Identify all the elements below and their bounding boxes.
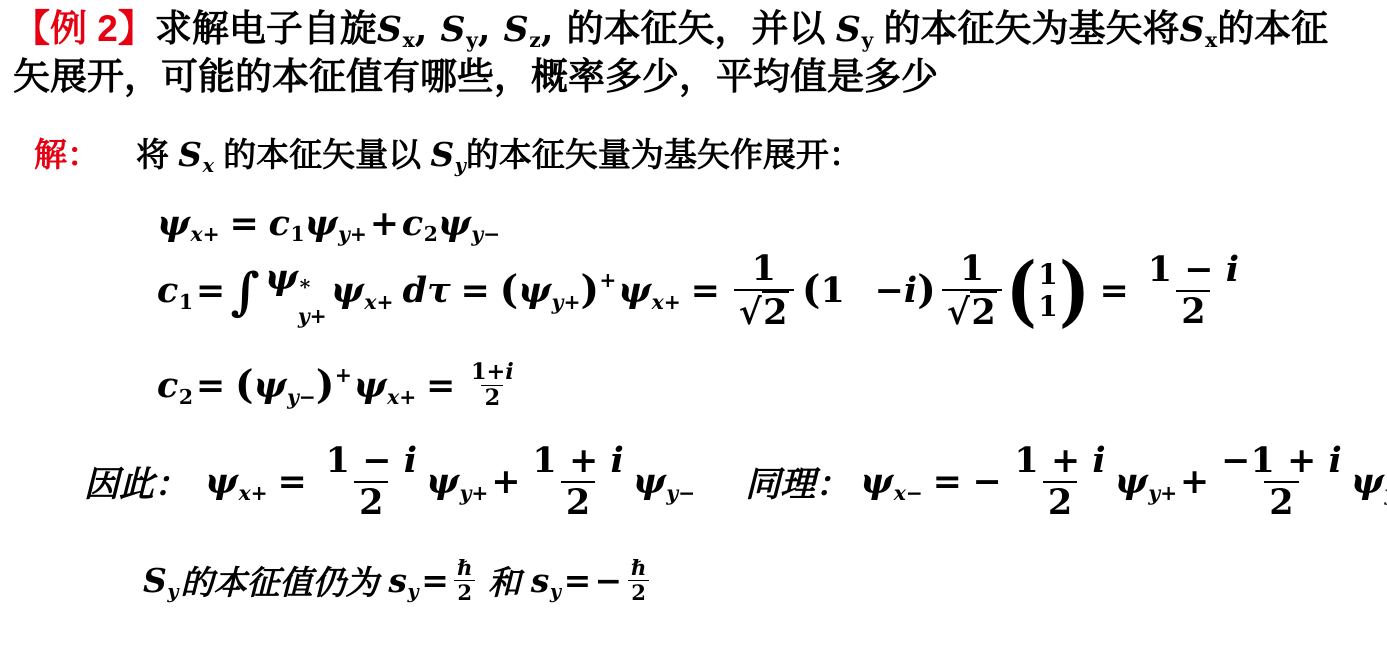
psi-y-plus: ψy+ [1115,461,1177,502]
radicand: 2 [762,291,789,332]
S-hat-y: Sˆy [836,7,873,52]
denominator: 2 [481,385,503,411]
numerator-hbar: ℏ [628,556,649,580]
numerator: 1 + i [528,441,629,481]
i-symbol: i [1329,440,1342,481]
S-hat-x: Sˆx [1179,7,1217,52]
dagger-superscript: + [335,365,352,385]
equation-c1: c1 = ∫ ψ∗y+ ψx+ dτ = ( ψy+ ) + ψx+ = 1√2… [157,249,1248,333]
subscript-y: y [550,580,561,603]
i-symbol: i [1092,440,1105,481]
equals-sign: = [426,365,455,406]
radicand: 2 [970,291,997,332]
subscript-x-plus: x+ [364,290,393,314]
subscript-y-plus: y+ [298,306,327,326]
plus-sign: + [491,461,520,502]
fraction-hbar-over-2: ℏ2 [628,556,649,604]
psi-x-plus: ψx+ [354,365,417,406]
vector-entry-bottom: 1 [1038,291,1057,323]
i-symbol: i [610,440,623,481]
psi-y-plus: ψy+ [518,270,580,311]
fraction-hbar-over-2: ℏ2 [454,556,475,604]
S-base: S [430,135,454,174]
title-text-1: 求解电子自旋 [155,8,377,49]
equals-sign: = [196,365,225,406]
psi-x-plus: ψx+ [205,461,268,502]
subscript-y-plus: y+ [338,222,367,246]
psi-x-minus: ψx− [860,461,923,502]
subscript-y-minus: y− [287,385,316,409]
numerator: −1 + i [1216,441,1346,481]
psi-y-minus: ψy− [254,365,316,406]
right-paren: ) [316,366,335,405]
psi-symbol: ψ [1351,461,1384,502]
c2-coefficient: c2 [402,203,438,244]
psi-x-plus: ψx+ [331,270,394,311]
i-symbol: i [904,270,917,311]
one-plus: 1 + [532,440,610,481]
psi-symbol: ψ [265,257,298,298]
right-paren: ) [917,271,936,310]
subscript-x-plus: x+ [652,290,681,314]
S-hat-y: Sˆy [440,7,477,52]
hat-accent-icon: ˆ [1187,0,1201,23]
dagger-superscript: + [599,270,616,290]
S-hat-x: Sˆx [377,7,415,52]
equals-sign: = [933,461,962,502]
equals-sign: = [229,203,258,244]
s-sub-y: sy [531,561,561,600]
problem-statement: 【例 2】求解电子自旋Sˆx, Sˆy, Sˆz, 的本征矢，并以 Sˆy 的本… [13,4,1379,101]
title-line-2: 矢展开，可能的本征值有哪些，概率多少，平均值是多少 [13,53,1379,101]
big-right-paren: ) [1059,253,1090,329]
c1-coefficient: c1 [157,270,193,311]
subscript-z: z [529,28,540,52]
title-text-3: 的本征矢为基矢将 [873,8,1179,49]
comma: , [415,6,441,50]
big-left-paren: ( [1006,253,1037,329]
c-symbol: c [157,270,178,311]
fraction-one-over-sqrt2: 1√2 [734,249,794,333]
subscript-y: y [466,28,478,52]
psi-y-plus: ψy+ [426,461,488,502]
equals-sign: = [196,270,225,311]
subscript-1: 1 [290,222,304,246]
psi-y-minus: ψy− [633,461,695,502]
neg-one-plus: −1 + [1221,440,1328,481]
S-hat-z: Sˆz [504,7,541,52]
subscript-y: y [408,580,419,603]
one-plus: 1 + [1014,440,1092,481]
solution-text-2: 的本征矢量以 [214,136,430,173]
fraction-one-minus-i-over-2: 1 − i2 [321,441,422,523]
equals-sign: = [564,561,592,600]
subscript-y-minus: y− [666,481,695,505]
subscript-x: x [203,154,214,177]
fraction-one-plus-i-over-2: 1+i2 [468,360,517,411]
eigenvalue-text: 的本征值仍为 [181,557,379,604]
psi-x-plus: ψx+ [157,203,220,244]
left-paren: ( [500,271,519,310]
title-text-line2: 矢展开，可能的本征值有哪些，概率多少，平均值是多少 [13,56,938,97]
i-symbol: i [1226,249,1239,290]
numerator: 1 [747,249,781,289]
subscript-x: x [403,28,415,52]
equals-sign: = [460,270,489,311]
numerator: 1 + i [1009,441,1110,481]
psi-symbol: ψ [618,270,651,311]
title-text-2: 的本征矢，并以 [566,8,835,49]
plus-sign: + [370,203,399,244]
sqrt-sign: √ [947,292,970,333]
numerator: 1 − i [1143,250,1244,290]
S-sub-y: Sy [143,561,179,600]
subscript-y-minus: y− [471,222,500,246]
one-minus: 1 − [326,440,404,481]
S-sub-y: Sy [430,135,466,174]
plus-sign: + [1180,461,1209,502]
numerator: 1 − i [321,441,422,481]
fraction-one-plus-i-over-2: 1 + i2 [528,441,629,523]
S-base: S [178,135,202,174]
psi-symbol: ψ [518,270,551,311]
hat-accent-icon: ˆ [448,0,462,23]
psi-symbol: ψ [157,203,190,244]
psi-y-minus: ψy− [438,203,500,244]
equals-sign: = [1100,270,1129,311]
equals-sign: = [277,461,306,502]
row-vector-entry-2: −i [875,270,918,311]
psi-symbol: ψ [438,203,471,244]
subscript-1: 1 [179,290,193,314]
S-symbol: Sˆ [504,7,529,52]
psi-symbol: ψ [426,461,459,502]
denominator: 2 [561,481,595,523]
comma: , [541,6,567,50]
example-tag: 【例 2】 [13,8,155,49]
c-symbol: c [402,203,423,244]
subscript-y: y [861,28,873,52]
psi-symbol: ψ [305,203,338,244]
S-base: S [143,561,167,600]
subscript-x-plus: x+ [191,222,220,246]
c-symbol: c [157,365,178,406]
denominator: 2 [1043,481,1077,523]
comma: , [478,6,504,50]
row-vector-entry-1: 1 [820,270,844,311]
s-base: s [531,561,550,600]
differential-d: d [403,270,427,311]
fraction-one-minus-i-over-2: 1 − i2 [1143,250,1244,332]
psi-symbol: ψ [1115,461,1148,502]
c1-coefficient: c1 [269,203,305,244]
conclusion-row: 因此： ψx+ = 1 − i2 ψy+ + 1 + i2 ψy− 同理： ψx… [84,441,1387,523]
left-paren: ( [235,366,254,405]
psi-symbol: ψ [254,365,287,406]
equation-expansion: ψx+ = c1 ψy+ + c2 ψy− [157,203,500,244]
integral-sign: ∫ [230,266,259,317]
i-symbol: i [505,359,514,385]
sqrt-sign: √ [739,292,762,333]
column-vector: 11 [1038,259,1057,323]
psi-symbol: ψ [354,365,387,406]
solution-text-3: 的本征矢量为基矢作展开： [466,136,862,173]
fraction-one-plus-i-over-2: 1 + i2 [1009,441,1110,523]
psi-y-minus: ψy− [1351,461,1387,502]
left-paren: ( [802,271,821,310]
numerator: 1+i [468,360,517,385]
psi-symbol: ψ [633,461,666,502]
d-tau: dτ [403,270,451,311]
denominator: 2 [1264,481,1298,523]
psi-symbol: ψ [205,461,238,502]
minus-sign: − [875,270,904,311]
numerator: 1 [955,249,989,289]
numerator-hbar: ℏ [454,556,475,580]
subscript-x-plus: x+ [239,481,268,505]
s-sub-y: sy [388,561,418,600]
S-symbol: Sˆ [1179,7,1204,52]
eigenvalue-row: Sy 的本征值仍为 sy = ℏ2 和 sy = − ℏ2 [143,556,652,604]
denominator: 2 [354,481,388,523]
i-symbol: i [404,440,417,481]
solution-intro: 解：将 Sx 的本征矢量以 Sy的本征矢量为基矢作展开： [34,129,862,176]
one-minus: 1 − [1148,249,1226,290]
lecture-slide: 【例 2】求解电子自旋Sˆx, Sˆy, Sˆz, 的本征矢，并以 Sˆy 的本… [0,0,1387,651]
subscript-x: x [1205,28,1217,52]
subscript-y-plus: y+ [1148,481,1177,505]
solution-text-1: 将 [136,136,178,173]
right-paren: ) [580,271,599,310]
denominator: 2 [454,580,475,605]
vector-entry-top: 1 [1038,259,1057,291]
S-symbol: Sˆ [836,7,861,52]
psi-symbol: ψ [860,461,893,502]
c2-coefficient: c2 [157,365,193,406]
sup-sub-stack: ∗y+ [298,273,327,326]
tau-symbol: τ [427,270,451,311]
one-plus: 1+ [471,359,505,385]
psi-x-plus: ψx+ [618,270,681,311]
subscript-2: 2 [179,385,193,409]
therefore-label: 因此： [84,457,189,507]
subscript-x-minus: x− [894,481,923,505]
fraction-neg-one-plus-i-over-2: −1 + i2 [1216,441,1346,523]
subscript-y-plus: y+ [552,290,581,314]
psi-conjugate-y-plus: ψ∗y+ [265,257,327,325]
S-sub-x: Sx [178,135,214,174]
denominator: 2 [628,580,649,605]
similarly-label: 同理： [745,457,850,507]
equation-c2: c2 = ( ψy− ) + ψx+ = 1+i2 [157,360,520,411]
subscript-2: 2 [424,222,438,246]
denominator: √2 [942,289,1002,333]
conjugate-star: ∗ [298,273,312,293]
and-text: 和 [488,557,521,604]
hat-accent-icon: ˆ [512,0,526,23]
subscript-y: y [455,154,466,177]
fraction-one-over-sqrt2: 1√2 [942,249,1002,333]
psi-symbol: ψ [331,270,364,311]
solution-label: 解： [34,136,100,173]
subscript-y-plus: y+ [460,481,489,505]
S-symbol: Sˆ [377,7,402,52]
minus-sign: − [972,461,1001,502]
denominator: √2 [734,289,794,333]
title-line-1: 【例 2】求解电子自旋Sˆx, Sˆy, Sˆz, 的本征矢，并以 Sˆy 的本… [13,4,1379,53]
s-base: s [388,561,407,600]
subscript-x-plus: x+ [387,385,416,409]
hat-accent-icon: ˆ [385,0,399,23]
equals-sign: = [691,270,720,311]
title-text-4: 的本征 [1217,8,1328,49]
minus-sign: − [595,561,623,600]
equals-sign: = [421,561,449,600]
S-symbol: Sˆ [440,7,465,52]
hat-accent-icon: ˆ [844,0,858,23]
psi-y-plus: ψy+ [305,203,367,244]
subscript-y: y [167,580,178,603]
denominator: 2 [1176,290,1210,332]
c-symbol: c [269,203,290,244]
